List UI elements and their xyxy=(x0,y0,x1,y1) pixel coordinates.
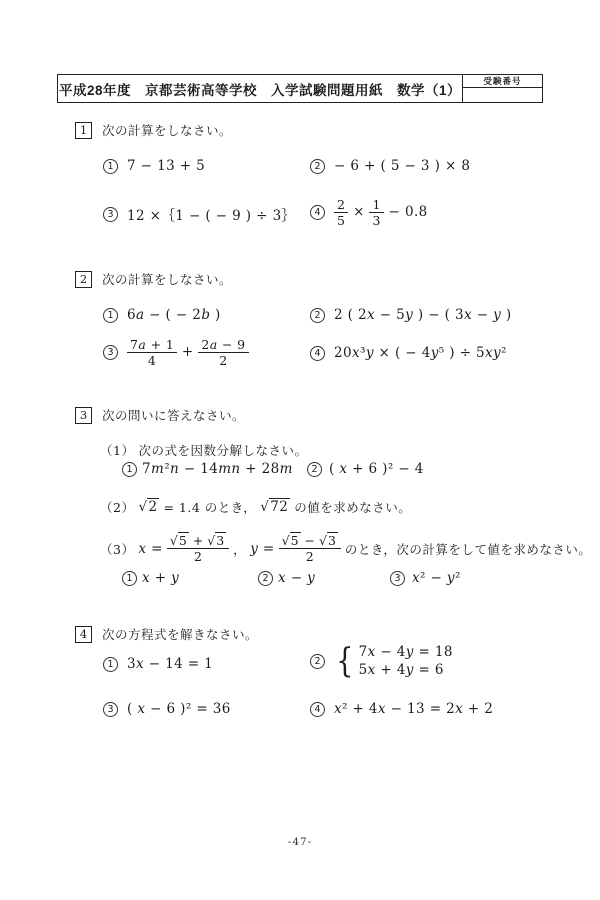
system-brace: { xyxy=(336,644,353,678)
q4-item-4: 4 x² + 4x − 13 = 2x + 2 xyxy=(310,701,493,717)
question-3-number-box: 3 xyxy=(75,407,92,424)
circled-2-icon: 2 xyxy=(258,571,273,586)
q1-item-4: 4 25 × 13 − 0.8 xyxy=(310,197,428,228)
examinee-number-blank-cell xyxy=(463,88,542,102)
q3-sub3-item-3: 3 x² − y² xyxy=(390,570,461,586)
q4-item-3-expression: ( x − 6 )² = 36 xyxy=(127,701,231,717)
circled-2-icon: 2 xyxy=(310,159,325,174)
examinee-number-box: 受験番号 xyxy=(462,75,542,102)
q4-item-3: 3 ( x − 6 )² = 36 xyxy=(103,701,231,717)
q3-sub3-item-1: 1 x + y xyxy=(122,570,179,586)
circled-4-icon: 4 xyxy=(310,702,325,717)
q2-item-4: 4 20x³y × ( − 4y⁵ ) ÷ 5xy² xyxy=(310,345,507,361)
page-title: 平成28年度 京都芸術高等学校 入学試験問題用紙 数学（1） xyxy=(58,75,462,102)
circled-4-icon: 4 xyxy=(310,346,325,361)
q2-item-2: 2 2 ( 2x − 5y ) − ( 3x − y ) xyxy=(310,307,512,323)
q3-sub3-item-2: 2 x − y xyxy=(258,570,315,586)
q3-subquestion-1: （1） 次の式を因数分解しなさい。 xyxy=(100,441,307,459)
q2-item-2-expression: 2 ( 2x − 5y ) − ( 3x − y ) xyxy=(334,307,512,323)
q1-item-2-expression: − 6 + ( 5 − 3 ) × 8 xyxy=(334,158,470,174)
x-value-fraction: √5 + √3 2 xyxy=(167,533,229,564)
sqrt-2-term: √2 xyxy=(138,499,159,515)
question-2-header: 2 次の計算をしなさい。 xyxy=(75,270,232,288)
system-equation-2: 5x + 4y = 6 xyxy=(359,662,453,678)
question-2-prompt: 次の計算をしなさい。 xyxy=(102,270,232,288)
y-value-fraction: √5 − √3 2 xyxy=(279,533,341,564)
q4-item-1-expression: 3x − 14 = 1 xyxy=(127,656,213,672)
circled-1-icon: 1 xyxy=(103,308,118,323)
q3-sub1-item-2: 2 ( x + 6 )² − 4 xyxy=(307,461,424,477)
question-4-header: 4 次の方程式を解きなさい。 xyxy=(75,625,258,643)
q3-subquestion-3: （3） x = √5 + √3 2 ， y = √5 − √3 2 のとき，次の… xyxy=(100,533,591,564)
page-number: -47- xyxy=(0,836,600,848)
circled-3-icon: 3 xyxy=(390,571,405,586)
q2-item-1-expression: 6a − ( − 2b ) xyxy=(127,307,221,323)
header-box: 平成28年度 京都芸術高等学校 入学試験問題用紙 数学（1） 受験番号 xyxy=(57,74,543,103)
sqrt-72-term: √72 xyxy=(260,499,290,515)
question-1-header: 1 次の計算をしなさい。 xyxy=(75,121,232,139)
q3-sub3-item-2-expression: x − y xyxy=(278,570,315,586)
q1-item-1-expression: 7 − 13 + 5 xyxy=(127,158,205,174)
q3-sub1-item-1-expression: 7m²n − 14mn + 28m xyxy=(142,461,293,477)
circled-1-icon: 1 xyxy=(103,159,118,174)
circled-2-icon: 2 xyxy=(310,308,325,323)
circled-3-icon: 3 xyxy=(103,207,118,222)
q1-item-3-expression: 12 ×｛1 − ( − 9 ) ÷ 3｝ xyxy=(127,204,295,224)
circled-2-icon: 2 xyxy=(307,462,322,477)
q2-item-1: 1 6a − ( − 2b ) xyxy=(103,307,221,323)
q3-subquestion-2: （2） √2 = 1.4 のとき， √72 の値を求めなさい。 xyxy=(100,498,411,516)
q2-item-4-expression: 20x³y × ( − 4y⁵ ) ÷ 5xy² xyxy=(334,345,507,361)
question-2-number-box: 2 xyxy=(75,271,92,288)
examinee-number-label: 受験番号 xyxy=(463,75,542,88)
system-equation-1: 7x − 4y = 18 xyxy=(359,644,453,660)
q1-item-1: 1 7 − 13 + 5 xyxy=(103,158,205,174)
circled-4-icon: 4 xyxy=(310,205,325,220)
q1-item-4-expression: 25 × 13 − 0.8 xyxy=(334,197,428,228)
exam-paper-page: 平成28年度 京都芸術高等学校 入学試験問題用紙 数学（1） 受験番号 1 次の… xyxy=(0,0,600,900)
question-4-number-box: 4 xyxy=(75,626,92,643)
question-4-prompt: 次の方程式を解きなさい。 xyxy=(102,625,258,643)
question-1-number-box: 1 xyxy=(75,122,92,139)
q1-item-2: 2 − 6 + ( 5 − 3 ) × 8 xyxy=(310,158,470,174)
q1-item-3: 3 12 ×｛1 − ( − 9 ) ÷ 3｝ xyxy=(103,204,295,224)
circled-3-icon: 3 xyxy=(103,702,118,717)
q2-item-3: 3 7a + 14 + 2a − 92 xyxy=(103,337,249,368)
q4-item-2-system-of-equations: { 7x − 4y = 18 5x + 4y = 6 xyxy=(334,644,453,678)
q4-item-4-expression: x² + 4x − 13 = 2x + 2 xyxy=(334,701,493,717)
q4-item-2: 2 { 7x − 4y = 18 5x + 4y = 6 xyxy=(310,644,453,678)
question-3-header: 3 次の問いに答えなさい。 xyxy=(75,406,245,424)
q3-sub3-item-1-expression: x + y xyxy=(142,570,179,586)
circled-1-icon: 1 xyxy=(122,462,137,477)
circled-3-icon: 3 xyxy=(103,345,118,360)
q3-sub1-item-1: 1 7m²n − 14mn + 28m xyxy=(122,461,293,477)
circled-1-icon: 1 xyxy=(103,657,118,672)
circled-2-icon: 2 xyxy=(310,654,325,669)
q3-sub3-item-3-expression: x² − y² xyxy=(412,570,461,586)
q3-sub1-item-2-expression: ( x + 6 )² − 4 xyxy=(329,461,424,477)
circled-1-icon: 1 xyxy=(122,571,137,586)
question-3-prompt: 次の問いに答えなさい。 xyxy=(102,406,245,424)
q2-item-3-expression: 7a + 14 + 2a − 92 xyxy=(127,337,249,368)
q4-item-1: 1 3x − 14 = 1 xyxy=(103,656,213,672)
question-1-prompt: 次の計算をしなさい。 xyxy=(102,121,232,139)
